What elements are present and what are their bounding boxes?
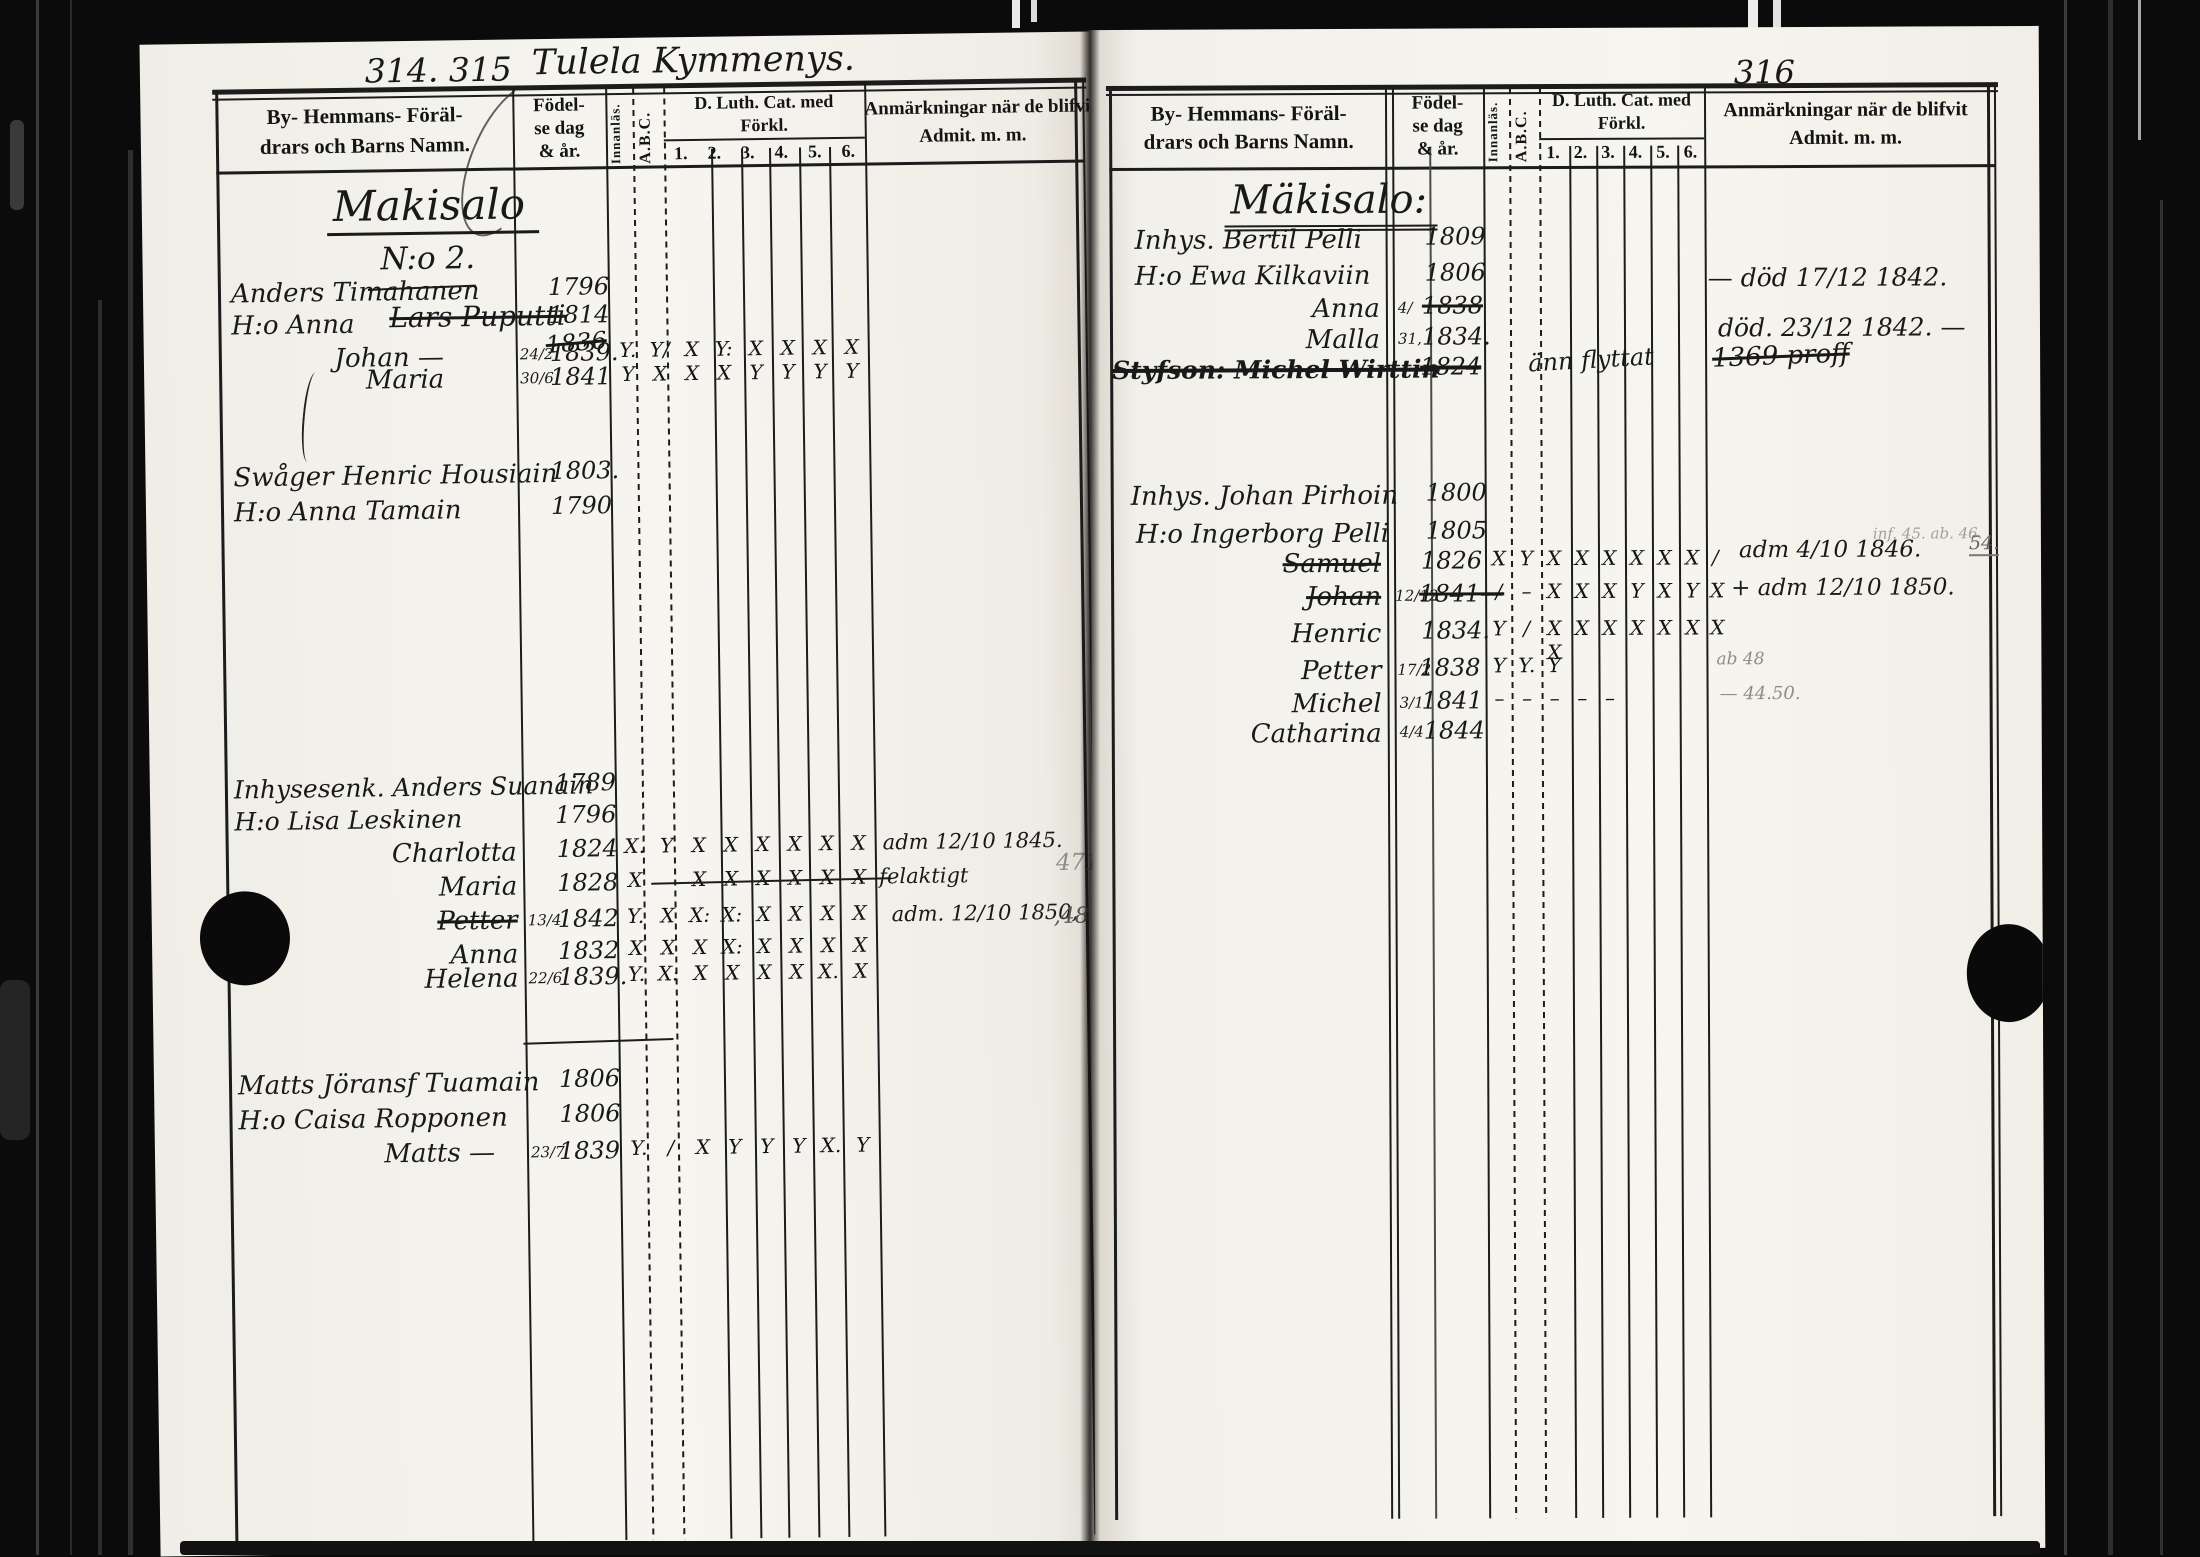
mark xyxy=(1624,686,1652,710)
col-header-names: By- Hemmans- Föräl- xyxy=(1112,101,1385,127)
entry-year: 1841 xyxy=(1422,686,1483,714)
mark: X xyxy=(1568,579,1596,603)
entry-year-struck: 1824 xyxy=(1420,352,1481,380)
mark: X xyxy=(644,361,676,385)
table-rule xyxy=(632,88,654,1540)
mark: X xyxy=(779,831,811,855)
mark: X xyxy=(619,868,651,892)
mark: X xyxy=(844,933,876,957)
entry-name: Inhys. Bertil Pelli xyxy=(1135,225,1362,256)
entry-name-struck: Petter xyxy=(302,906,518,939)
mark: X. xyxy=(619,834,651,858)
entry-year: 1796 xyxy=(555,800,616,829)
scanner-streak xyxy=(2160,200,2163,1555)
mark xyxy=(1651,653,1679,677)
entry-year: 1838 xyxy=(1419,653,1480,681)
col-header-abc: A.B.C. xyxy=(636,96,655,164)
scanner-sliver xyxy=(1012,0,1020,28)
entry-birthdate: 4/4 xyxy=(1400,723,1424,741)
mark: – xyxy=(1513,579,1541,603)
mark: – xyxy=(1513,686,1541,710)
mark: X xyxy=(779,865,811,889)
mark xyxy=(1679,652,1707,676)
table-rule xyxy=(1109,164,1995,171)
catechism-col-number: 3. xyxy=(731,142,765,163)
mark: X xyxy=(715,832,747,856)
margin-annotation-struck: 1369 proff xyxy=(1712,338,1851,373)
extra-mark: X xyxy=(1710,578,1724,602)
bottom-page-edge xyxy=(180,1541,2040,1555)
mark: X xyxy=(812,901,844,925)
binder-notch xyxy=(1967,924,2046,1022)
mark: X xyxy=(843,831,875,855)
mark xyxy=(651,867,683,891)
mark xyxy=(1679,685,1707,709)
mark: Y xyxy=(740,360,772,384)
col-header-catechism: Förkl. xyxy=(1539,112,1704,134)
mark: X xyxy=(1595,546,1623,570)
entry-birthdate: 30/6 xyxy=(520,369,554,387)
mark: – xyxy=(1541,686,1569,710)
entry-birthdate: 24/2 xyxy=(520,345,554,363)
catechism-marks-row: Y. Y/ X Y: X X X X xyxy=(612,335,868,363)
scanner-sliver xyxy=(2138,0,2141,140)
entry-name: H:o Lisa Leskinen xyxy=(234,804,462,836)
table-rule xyxy=(1539,88,1547,1518)
col-header-birth: Födel- xyxy=(1392,92,1483,114)
scanner-streak xyxy=(98,300,102,1555)
mark: X xyxy=(811,865,843,889)
entry-name: Catharina xyxy=(1182,719,1382,750)
entry-name: Matts — xyxy=(295,1138,495,1171)
entry-year: 1809 xyxy=(1425,222,1486,250)
entry-note: + adm 12/10 1850. xyxy=(1731,574,1955,601)
entry-note: felaktigt xyxy=(879,863,969,888)
entry-year: 1834. xyxy=(1422,322,1491,350)
entry-year: 1806 xyxy=(559,1064,620,1093)
catechism-col-number: 5. xyxy=(798,141,832,162)
entry-name-struck: Lars Puputti xyxy=(389,299,566,334)
mark: X: xyxy=(716,902,748,926)
mark xyxy=(1651,686,1679,710)
entry-birthdate: 31, xyxy=(1398,330,1422,348)
col-header-birth: se dag xyxy=(1392,115,1483,137)
catechism-marks-row: Y. X X: X: X X X X xyxy=(620,901,876,929)
mark: X xyxy=(1623,546,1651,570)
entry-year: 1814 xyxy=(548,300,609,329)
mark: X xyxy=(715,866,747,890)
catechism-marks-row: Y X X X Y Y Y Y xyxy=(612,359,868,387)
mark: X xyxy=(1540,579,1568,603)
col-header-catechism: D. Luth. Cat. med xyxy=(663,91,864,115)
entry-pencil-note: 54. xyxy=(1969,532,1999,556)
catechism-marks-row: X Y X X X X X X xyxy=(1485,545,1706,570)
mark: X xyxy=(780,959,812,983)
mark: X xyxy=(747,866,779,890)
entry-year: 1832 xyxy=(558,936,619,965)
entry-name: Maria xyxy=(301,872,517,905)
mark: X xyxy=(708,360,740,384)
mark: Y. xyxy=(620,962,652,986)
entry-year: 1806 xyxy=(559,1099,620,1128)
mark: Y xyxy=(719,1134,751,1158)
mark: X xyxy=(684,935,716,959)
mark: Y xyxy=(847,1132,879,1156)
mark: X xyxy=(1651,546,1679,570)
entry-name: Inhys. Johan Pirhoin xyxy=(1131,481,1398,512)
entry-name: Michel xyxy=(1192,689,1382,720)
mark: X xyxy=(812,933,844,957)
entry-year: 1824 xyxy=(557,834,618,863)
mark: X xyxy=(747,832,779,856)
mark: X xyxy=(844,901,876,925)
mark: Y xyxy=(1485,653,1513,677)
table-rule xyxy=(864,85,886,1537)
mark: X xyxy=(804,335,836,359)
mark: / xyxy=(655,1135,687,1159)
mark: X xyxy=(683,867,715,891)
mark: X xyxy=(620,936,652,960)
mark: X xyxy=(748,902,780,926)
entry-year: 1828 xyxy=(557,868,618,897)
mark: X xyxy=(1678,545,1706,569)
mark: X xyxy=(687,1135,719,1159)
mark xyxy=(1568,653,1596,677)
entry-year: 1806 xyxy=(1425,258,1486,286)
mark: X: xyxy=(716,934,748,958)
extra-mark: X xyxy=(1710,615,1724,639)
scanner-streak xyxy=(36,0,39,1555)
entry-name: Matts Jöransf Tuamain xyxy=(238,1067,540,1101)
mark: Y xyxy=(1513,546,1541,570)
mark: X xyxy=(1568,546,1596,570)
mark: X xyxy=(748,934,780,958)
entry-birthdate: 3/1 xyxy=(1400,694,1424,712)
mark: Y xyxy=(1678,578,1706,602)
mark: X xyxy=(844,959,876,983)
col-header-names: By- Hemmans- Föräl- xyxy=(218,102,510,131)
table-rule xyxy=(1539,137,1704,140)
mark: X xyxy=(772,335,804,359)
mark: X xyxy=(1540,546,1568,570)
catechism-col-number: 3. xyxy=(1594,142,1622,163)
scanner-streak xyxy=(0,980,30,1140)
catechism-col-number: 1. xyxy=(664,143,698,164)
mark: Y xyxy=(772,359,804,383)
entry-name: Maria xyxy=(264,364,444,397)
col-header-abc: A.B.C. xyxy=(1513,94,1531,162)
left-page-number: 314. 315 xyxy=(365,50,512,91)
scanner-streak xyxy=(70,0,72,1555)
catechism-marks-row: Y. X: X X X X X. X xyxy=(620,959,876,987)
catechism-col-number: 1. xyxy=(1539,142,1567,163)
entry-name: Charlotta xyxy=(301,838,517,871)
catechism-number-row: 1. 2. 3. 4. 5. 6. xyxy=(664,141,865,165)
catechism-col-number: 4. xyxy=(764,142,798,163)
scanner-streak xyxy=(10,120,24,210)
entry-pencil-note: inf. 45. ab. 46. xyxy=(1873,524,1983,542)
entry-name: Inhysesenk. Anders Suanain xyxy=(234,770,594,804)
catechism-marks-row: Y. / X Y Y Y X. Y xyxy=(623,1132,879,1160)
entry-name-struck: Styfson: Michel Wirttin xyxy=(1112,355,1440,385)
entry-year: 1834. xyxy=(1421,616,1490,644)
mark: X: xyxy=(684,903,716,927)
mark: Y/ xyxy=(644,337,676,361)
entry-name: H:o Caisa Ropponen xyxy=(238,1103,508,1137)
mark: X. xyxy=(815,1133,847,1157)
table-rule xyxy=(1483,88,1491,1518)
scanner-streak xyxy=(2108,0,2113,1555)
right-page: 316 By- Hemmans- Föräl- drars och Barns … xyxy=(1089,26,2046,1552)
mark: X xyxy=(780,901,812,925)
entry-year: 1841 xyxy=(550,362,611,391)
mark xyxy=(1624,653,1652,677)
col-header-remarks: Anmärkningar när de blifvit xyxy=(1704,98,1987,122)
mark: Y xyxy=(836,359,868,383)
catechism-marks-row: Y Y. Y xyxy=(1485,652,1706,677)
mark: X xyxy=(652,935,684,959)
table-rule xyxy=(663,87,685,1539)
catechism-col-number: 5. xyxy=(1649,142,1677,163)
entry-name: Helena xyxy=(302,964,518,997)
mark: X xyxy=(748,960,780,984)
mark xyxy=(1596,653,1624,677)
entry-year: 1803. xyxy=(550,456,619,485)
mark: Y xyxy=(651,833,683,857)
subsection-heading: N:o 2. xyxy=(380,240,475,277)
catechism-marks-row: X X X X: X X X X xyxy=(620,933,876,961)
entry-year: 1805 xyxy=(1426,516,1487,544)
mark: Y. xyxy=(620,904,652,928)
catechism-col-number: 6. xyxy=(831,141,865,162)
entry-pencil-note: — 44.50. xyxy=(1720,683,1801,704)
mark: Y. xyxy=(623,1136,655,1160)
col-header-remarks: Anmärkningar när de blifvit xyxy=(864,96,1080,121)
mark: X. xyxy=(812,959,844,983)
col-header-reading: Innanläs. xyxy=(1485,94,1501,162)
mark: X xyxy=(683,833,715,857)
catechism-marks-row: X. Y X X X X X X xyxy=(619,831,875,859)
mark: Y xyxy=(612,362,644,386)
entry-name: H:o Ingerborg Pelli xyxy=(1136,519,1389,550)
entry-year: 1839 xyxy=(559,1136,620,1165)
col-header-remarks: Admit. m. m. xyxy=(1704,126,1987,150)
mark: – xyxy=(1596,686,1624,710)
catechism-col-number: 4. xyxy=(1622,142,1650,163)
entry-note: adm. 12/10 1850, xyxy=(892,900,1079,927)
mark: Y xyxy=(1623,579,1651,603)
catechism-col-number: 2. xyxy=(697,142,731,163)
mark: X xyxy=(676,337,708,361)
scanner-sliver xyxy=(1031,0,1037,22)
mark: Y: xyxy=(708,336,740,360)
mark: Y xyxy=(1541,653,1569,677)
entry-name: Petter xyxy=(1191,656,1381,687)
entry-name: Malla xyxy=(1190,325,1380,356)
left-page: 314. 315 Tulela Kymmenys. By- Hemmans- F… xyxy=(139,31,1110,1555)
mark: X xyxy=(780,933,812,957)
entry-year: 1800 xyxy=(1426,478,1487,506)
mark: Y. xyxy=(1513,653,1541,677)
entry-year: 1844 xyxy=(1424,716,1485,744)
entry-name: H:o Anna Tamain xyxy=(234,495,462,528)
mark: Y. xyxy=(612,338,644,362)
mark: X xyxy=(1651,579,1679,603)
mark: X xyxy=(716,960,748,984)
mark: X: xyxy=(652,961,684,985)
catechism-marks-row: – – – – – xyxy=(1486,685,1707,710)
col-header-birth: & år. xyxy=(1392,138,1483,160)
table-rule xyxy=(1509,88,1517,1518)
table-rule xyxy=(1704,87,1712,1517)
catechism-number-row: 1. 2. 3. 4. 5. 6. xyxy=(1539,141,1704,163)
entry-name-struck: Johan xyxy=(1191,582,1381,613)
entry-note: änn flyttat xyxy=(1527,342,1654,377)
mark: Y xyxy=(751,1134,783,1158)
mark: X xyxy=(676,361,708,385)
section-heading: Mäkisalo: xyxy=(1224,177,1437,232)
table-rule xyxy=(1677,146,1685,1518)
entry-year: 1789 xyxy=(555,768,616,797)
mark: Y xyxy=(804,359,836,383)
entry-name: Swåger Henric Housiain xyxy=(233,459,557,494)
ink-line xyxy=(523,1038,673,1045)
mark: / xyxy=(1485,579,1513,603)
mark: X xyxy=(652,903,684,927)
mark: X xyxy=(811,831,843,855)
catechism-marks-row: / – X X X Y X Y xyxy=(1485,578,1706,603)
section-heading: Makisalo xyxy=(326,179,539,236)
entry-note: adm 12/10 1845. xyxy=(883,828,1063,855)
entry-birthdate: 4/ xyxy=(1398,299,1413,317)
entry-name: Henric xyxy=(1191,619,1381,650)
col-header-reading: Innanläs. xyxy=(607,96,624,164)
scanner-streak xyxy=(2064,0,2067,1555)
gutter-shadow xyxy=(1080,30,1100,1550)
entry-birthdate: 13/4 xyxy=(528,911,562,929)
catechism-col-number: 6. xyxy=(1677,141,1705,162)
entry-year: 1839. xyxy=(558,962,627,991)
catechism-col-number: 2. xyxy=(1567,142,1595,163)
col-header-catechism: D. Luth. Cat. med xyxy=(1539,89,1704,111)
mark: X xyxy=(1596,579,1624,603)
mark: Y xyxy=(783,1133,815,1157)
binder-notch xyxy=(199,891,290,986)
margin-annotation: — död 17/12 1842. xyxy=(1708,262,1948,292)
extra-mark: / xyxy=(1712,545,1719,569)
entry-year: 1826 xyxy=(1421,546,1482,574)
col-header-catechism: Förkl. xyxy=(664,114,865,138)
mark: – xyxy=(1568,686,1596,710)
mark: X xyxy=(684,961,716,985)
table-rule xyxy=(1109,88,1118,1520)
entry-year: 1842 xyxy=(558,904,619,933)
entry-name: H:o Anna xyxy=(231,310,355,342)
entry-pencil-note: ab 48 xyxy=(1716,649,1764,669)
entry-year: 1796 xyxy=(548,272,609,301)
entry-name: Anna xyxy=(1190,294,1380,325)
left-running-title: Tulela Kymmenys. xyxy=(532,39,856,84)
col-header-names: drars och Barns Namn. xyxy=(219,132,511,161)
entry-year-struck: 1838 xyxy=(1422,291,1483,319)
entry-year: 1790 xyxy=(551,491,612,520)
entry-name: H:o Ewa Kilkaviin xyxy=(1135,261,1371,292)
col-header-remarks: Admit. m. m. xyxy=(865,124,1081,149)
entry-birthdate: 22/6 xyxy=(528,969,562,987)
mark: – xyxy=(1486,686,1514,710)
mark: X xyxy=(1485,546,1513,570)
mark: X xyxy=(740,336,772,360)
mark: X xyxy=(836,335,868,359)
scanner-streak xyxy=(128,150,133,1555)
col-header-names: drars och Barns Namn. xyxy=(1112,129,1385,155)
entry-name-struck: Samuel xyxy=(1191,549,1381,580)
